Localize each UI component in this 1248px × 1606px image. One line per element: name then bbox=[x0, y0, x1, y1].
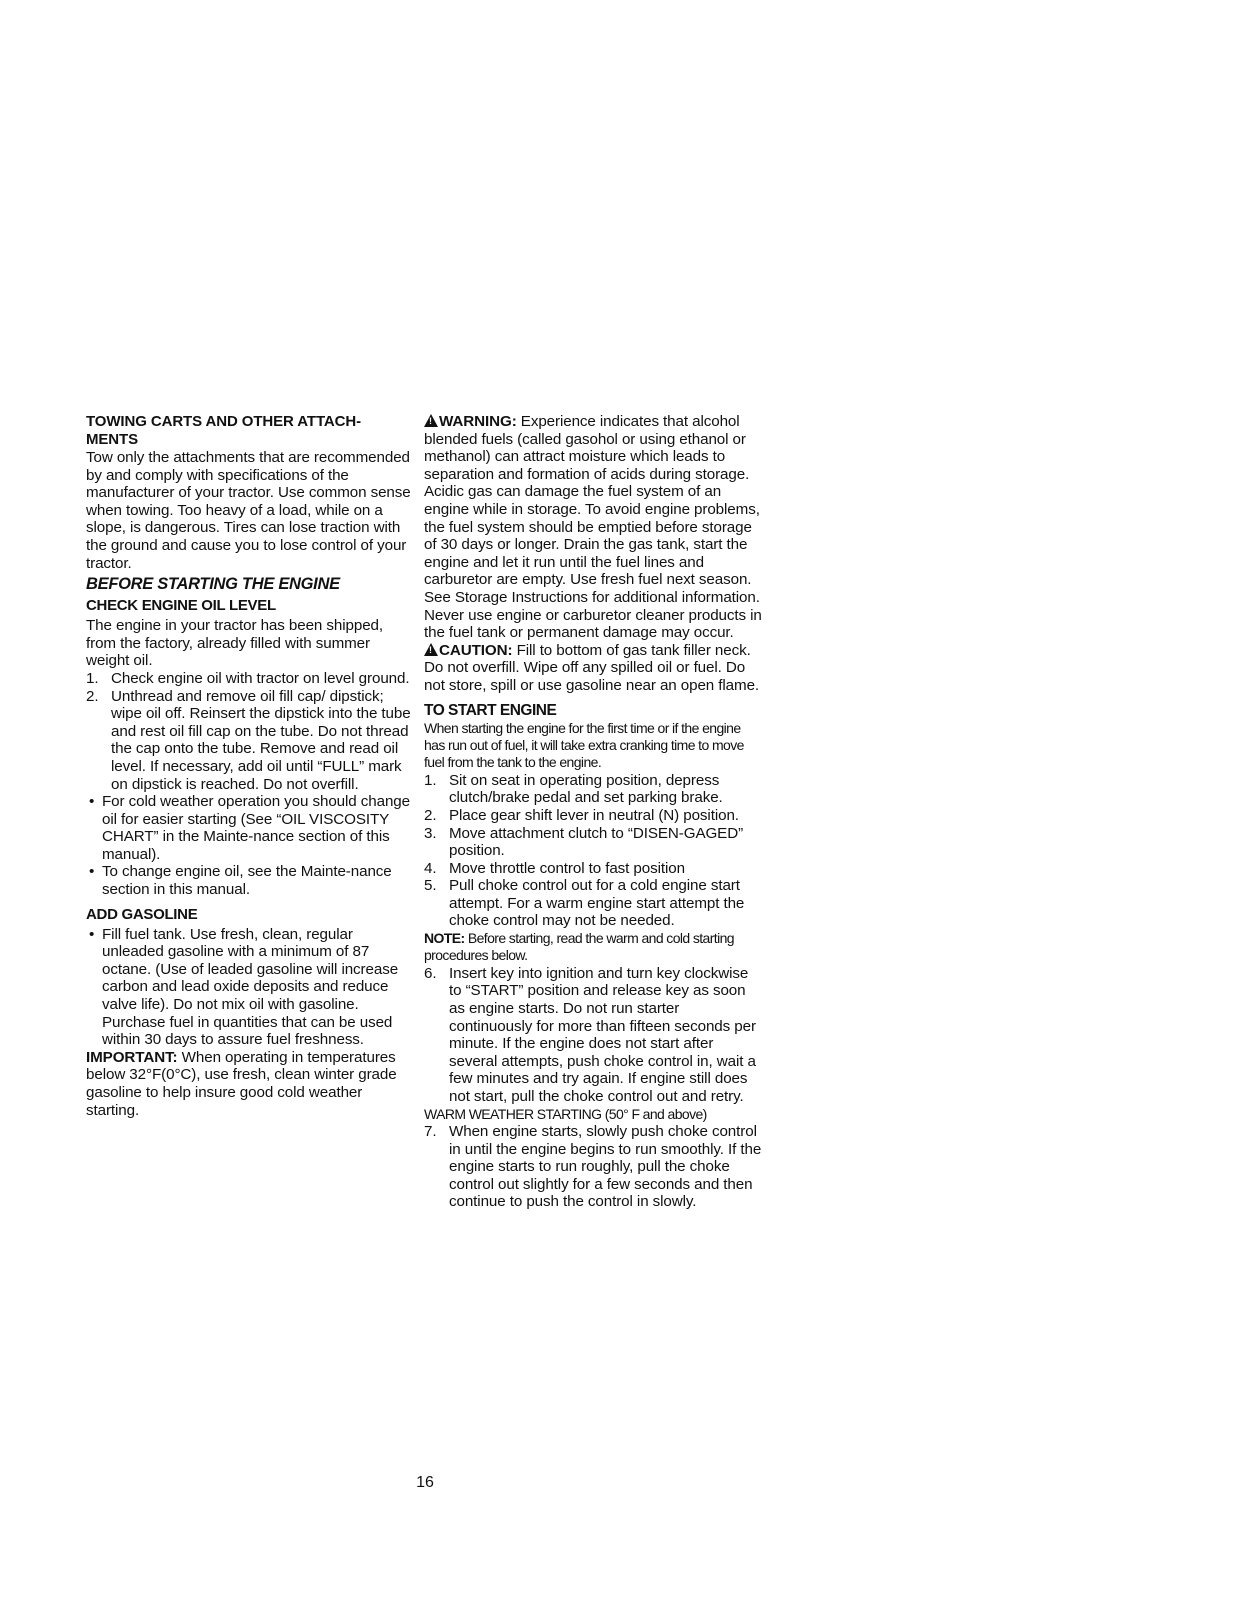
step-number: 7. bbox=[424, 1123, 446, 1141]
step-number: 2. bbox=[86, 688, 108, 706]
list-item: 5. Pull choke control out for a cold eng… bbox=[424, 877, 764, 930]
list-item: 1. Check engine oil with tractor on leve… bbox=[86, 670, 416, 688]
note-block: NOTE: Before starting, read the warm and… bbox=[424, 930, 764, 965]
step-text: Pull choke control out for a cold engine… bbox=[449, 877, 744, 929]
towing-heading: TOWING CARTS AND OTHER ATTACH- MENTS bbox=[86, 413, 416, 449]
list-item: 4. Move throttle control to fast positio… bbox=[424, 860, 764, 878]
bullet-text: For cold weather operation you should ch… bbox=[102, 793, 410, 863]
step-text: Check engine oil with tractor on level g… bbox=[111, 670, 409, 687]
towing-body: Tow only the attachments that are recomm… bbox=[86, 449, 416, 572]
important-note: IMPORTANT: When operating in temperature… bbox=[86, 1049, 416, 1119]
step-text: Sit on seat in operating position, depre… bbox=[449, 772, 723, 807]
to-start-engine-intro: When starting the engine for the first t… bbox=[424, 720, 764, 772]
add-gasoline-section: ADD GASOLINE • Fill fuel tank. Use fresh… bbox=[86, 905, 416, 1120]
add-gasoline-bullets: • Fill fuel tank. Use fresh, clean, regu… bbox=[86, 926, 416, 1049]
check-oil-intro: The engine in your tractor has been ship… bbox=[86, 617, 416, 670]
list-item: • Fill fuel tank. Use fresh, clean, regu… bbox=[86, 926, 416, 1049]
left-column: TOWING CARTS AND OTHER ATTACH- MENTS Tow… bbox=[86, 413, 416, 1119]
page-number: 16 bbox=[410, 1474, 440, 1492]
check-oil-steps: 1. Check engine oil with tractor on leve… bbox=[86, 670, 416, 793]
caution-label: CAUTION: bbox=[439, 642, 512, 659]
check-oil-heading: CHECK ENGINE OIL LEVEL bbox=[86, 596, 416, 615]
step-number: 6. bbox=[424, 965, 446, 983]
manual-page: TOWING CARTS AND OTHER ATTACH- MENTS Tow… bbox=[0, 0, 1248, 1606]
towing-heading-line1: TOWING CARTS AND OTHER ATTACH- bbox=[86, 413, 361, 430]
bullet-icon: • bbox=[86, 863, 103, 881]
to-start-engine-section: TO START ENGINE When starting the engine… bbox=[424, 701, 764, 1212]
bullet-text: To change engine oil, see the Mainte-nan… bbox=[102, 863, 392, 898]
start-steps-b: 6. Insert key into ignition and turn key… bbox=[424, 965, 764, 1106]
warning-label: WARNING: bbox=[439, 413, 517, 430]
warning-triangle-icon bbox=[424, 414, 438, 427]
caution-block: CAUTION: Fill to bottom of gas tank fill… bbox=[424, 642, 764, 695]
list-item: 2. Place gear shift lever in neutral (N)… bbox=[424, 807, 764, 825]
note-label: NOTE: bbox=[424, 930, 465, 946]
check-oil-section: CHECK ENGINE OIL LEVEL The engine in you… bbox=[86, 596, 416, 899]
caution-triangle-icon bbox=[424, 643, 438, 656]
bullet-icon: • bbox=[86, 926, 103, 944]
step-text: Unthread and remove oil fill cap/ dipsti… bbox=[111, 688, 411, 793]
list-item: • To change engine oil, see the Mainte-n… bbox=[86, 863, 416, 898]
important-label: IMPORTANT: bbox=[86, 1049, 178, 1066]
note-text: Before starting, read the warm and cold … bbox=[424, 930, 734, 963]
warm-weather-heading: WARM WEATHER STARTING (50° F and above) bbox=[424, 1106, 764, 1123]
step-number: 5. bbox=[424, 877, 446, 895]
step-text: Move throttle control to fast position bbox=[449, 860, 685, 877]
step-number: 1. bbox=[86, 670, 108, 688]
list-item: 6. Insert key into ignition and turn key… bbox=[424, 965, 764, 1106]
towing-section: TOWING CARTS AND OTHER ATTACH- MENTS Tow… bbox=[86, 413, 416, 572]
bullet-icon: • bbox=[86, 793, 103, 811]
warning-block: WARNING: Experience indicates that alcoh… bbox=[424, 413, 764, 642]
list-item: 3. Move attachment clutch to “DISEN-GAGE… bbox=[424, 825, 764, 860]
step-number: 2. bbox=[424, 807, 446, 825]
to-start-engine-heading: TO START ENGINE bbox=[424, 701, 764, 720]
add-gasoline-heading: ADD GASOLINE bbox=[86, 905, 416, 924]
step-number: 4. bbox=[424, 860, 446, 878]
right-column: WARNING: Experience indicates that alcoh… bbox=[424, 413, 764, 1211]
step-text: When engine starts, slowly push choke co… bbox=[449, 1123, 761, 1210]
step-number: 3. bbox=[424, 825, 446, 843]
list-item: 2. Unthread and remove oil fill cap/ dip… bbox=[86, 688, 416, 794]
check-oil-bullets: • For cold weather operation you should … bbox=[86, 793, 416, 899]
warning-text: Experience indicates that alcohol blende… bbox=[424, 413, 762, 641]
step-text: Place gear shift lever in neutral (N) po… bbox=[449, 807, 739, 824]
step-text: Insert key into ignition and turn key cl… bbox=[449, 965, 756, 1105]
list-item: • For cold weather operation you should … bbox=[86, 793, 416, 863]
step-number: 1. bbox=[424, 772, 446, 790]
list-item: 1. Sit on seat in operating position, de… bbox=[424, 772, 764, 807]
list-item: 7. When engine starts, slowly push choke… bbox=[424, 1123, 764, 1211]
step-text: Move attachment clutch to “DISEN-GAGED” … bbox=[449, 825, 743, 860]
start-steps-c: 7. When engine starts, slowly push choke… bbox=[424, 1123, 764, 1211]
towing-heading-line2: MENTS bbox=[86, 431, 138, 448]
bullet-text: Fill fuel tank. Use fresh, clean, regula… bbox=[102, 926, 398, 1049]
before-starting-heading: BEFORE STARTING THE ENGINE bbox=[86, 574, 416, 594]
start-steps-a: 1. Sit on seat in operating position, de… bbox=[424, 772, 764, 930]
